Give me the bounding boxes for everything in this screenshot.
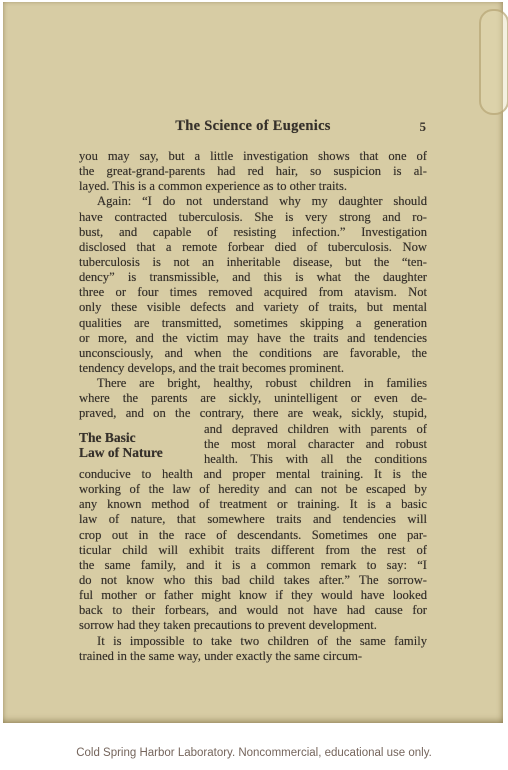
text-line: ticular child will exhibit traits differ… <box>79 543 427 558</box>
text-line: It is impossible to take two children of… <box>79 634 427 649</box>
text-block: you may say, but a little investigation … <box>79 149 427 664</box>
text-line: praved, and on the contrary, there are w… <box>79 406 427 421</box>
text-line: conducive to health and proper mental tr… <box>79 467 427 482</box>
text-line: layed. This is a common experience as to… <box>79 179 427 194</box>
text-line: crop out in the race of descendants. Som… <box>79 528 427 543</box>
text-line: the great-grand-parents had red hair, so… <box>79 164 427 179</box>
text-line: Again: “I do not understand why my daugh… <box>79 194 427 209</box>
index-tab-shape <box>479 9 508 115</box>
text-line: qualities are transmitted, sometimes ski… <box>79 316 427 331</box>
text-line: only these visible defects and variety o… <box>79 300 427 315</box>
text-line: dency” is transmissible, and this is wha… <box>79 270 427 285</box>
page-number: 5 <box>420 119 427 135</box>
scanned-book-page: The Science of Eugenics 5 you may say, b… <box>3 2 503 723</box>
text-line: have contracted tuberculosis. She is ver… <box>79 210 427 225</box>
text-line: any known method of treatment or trainin… <box>79 497 427 512</box>
text-line: health. This with all the conditions <box>204 452 427 467</box>
text-line: There are bright, healthy, robust childr… <box>79 376 427 391</box>
text-line: you may say, but a little investigation … <box>79 149 427 164</box>
scanned-document-view: { "colors": { "page": "#d7cca4", "ink": … <box>0 0 508 770</box>
text-line: the same family, and it is a common rema… <box>79 558 427 573</box>
text-line: back to their forbears, and would not ha… <box>79 603 427 618</box>
paragraph: you may say, but a little investigation … <box>79 149 427 194</box>
text-line: the most moral character and robust <box>204 437 427 452</box>
text-line: three or four times removed acquired fro… <box>79 285 427 300</box>
text-line: sorrow had they taken precautions to pre… <box>79 618 427 633</box>
text-line: trained in the same way, under exactly t… <box>79 649 427 664</box>
side-heading-line-1: The Basic <box>79 430 219 445</box>
text-line: or more, and the victim may have the tra… <box>79 331 427 346</box>
text-line: do not know who this bad child takes aft… <box>79 573 427 588</box>
text-line: tendency develops, and the trait becomes… <box>79 361 427 376</box>
paragraph: It is impossible to take two children of… <box>79 634 427 664</box>
text-line: unconsciously, and when the conditions a… <box>79 346 427 361</box>
side-heading-line-2: Law of Nature <box>79 445 219 460</box>
attribution-caption: Cold Spring Harbor Laboratory. Noncommer… <box>0 747 508 767</box>
text-line: working of the law of heredity and can n… <box>79 482 427 497</box>
text-line: law of nature, that somewhere traits and… <box>79 512 427 527</box>
text-line: ful mother or father might know if they … <box>79 588 427 603</box>
side-heading: The Basic Law of Nature <box>79 430 219 460</box>
text-line: bust, and capable of resisting infection… <box>79 225 427 240</box>
page-header: The Science of Eugenics 5 <box>79 118 427 136</box>
running-title: The Science of Eugenics <box>79 118 427 135</box>
paragraph: There are bright, healthy, robust childr… <box>79 376 427 633</box>
text-line: disclosed that a remote forbear died of … <box>79 240 427 255</box>
text-line: and depraved children with parents of <box>204 422 427 437</box>
text-line: tuberculosis is not an inheritable disea… <box>79 255 427 270</box>
text-line: where the parents are sickly, unintellig… <box>79 391 427 406</box>
paragraph: Again: “I do not understand why my daugh… <box>79 194 427 376</box>
